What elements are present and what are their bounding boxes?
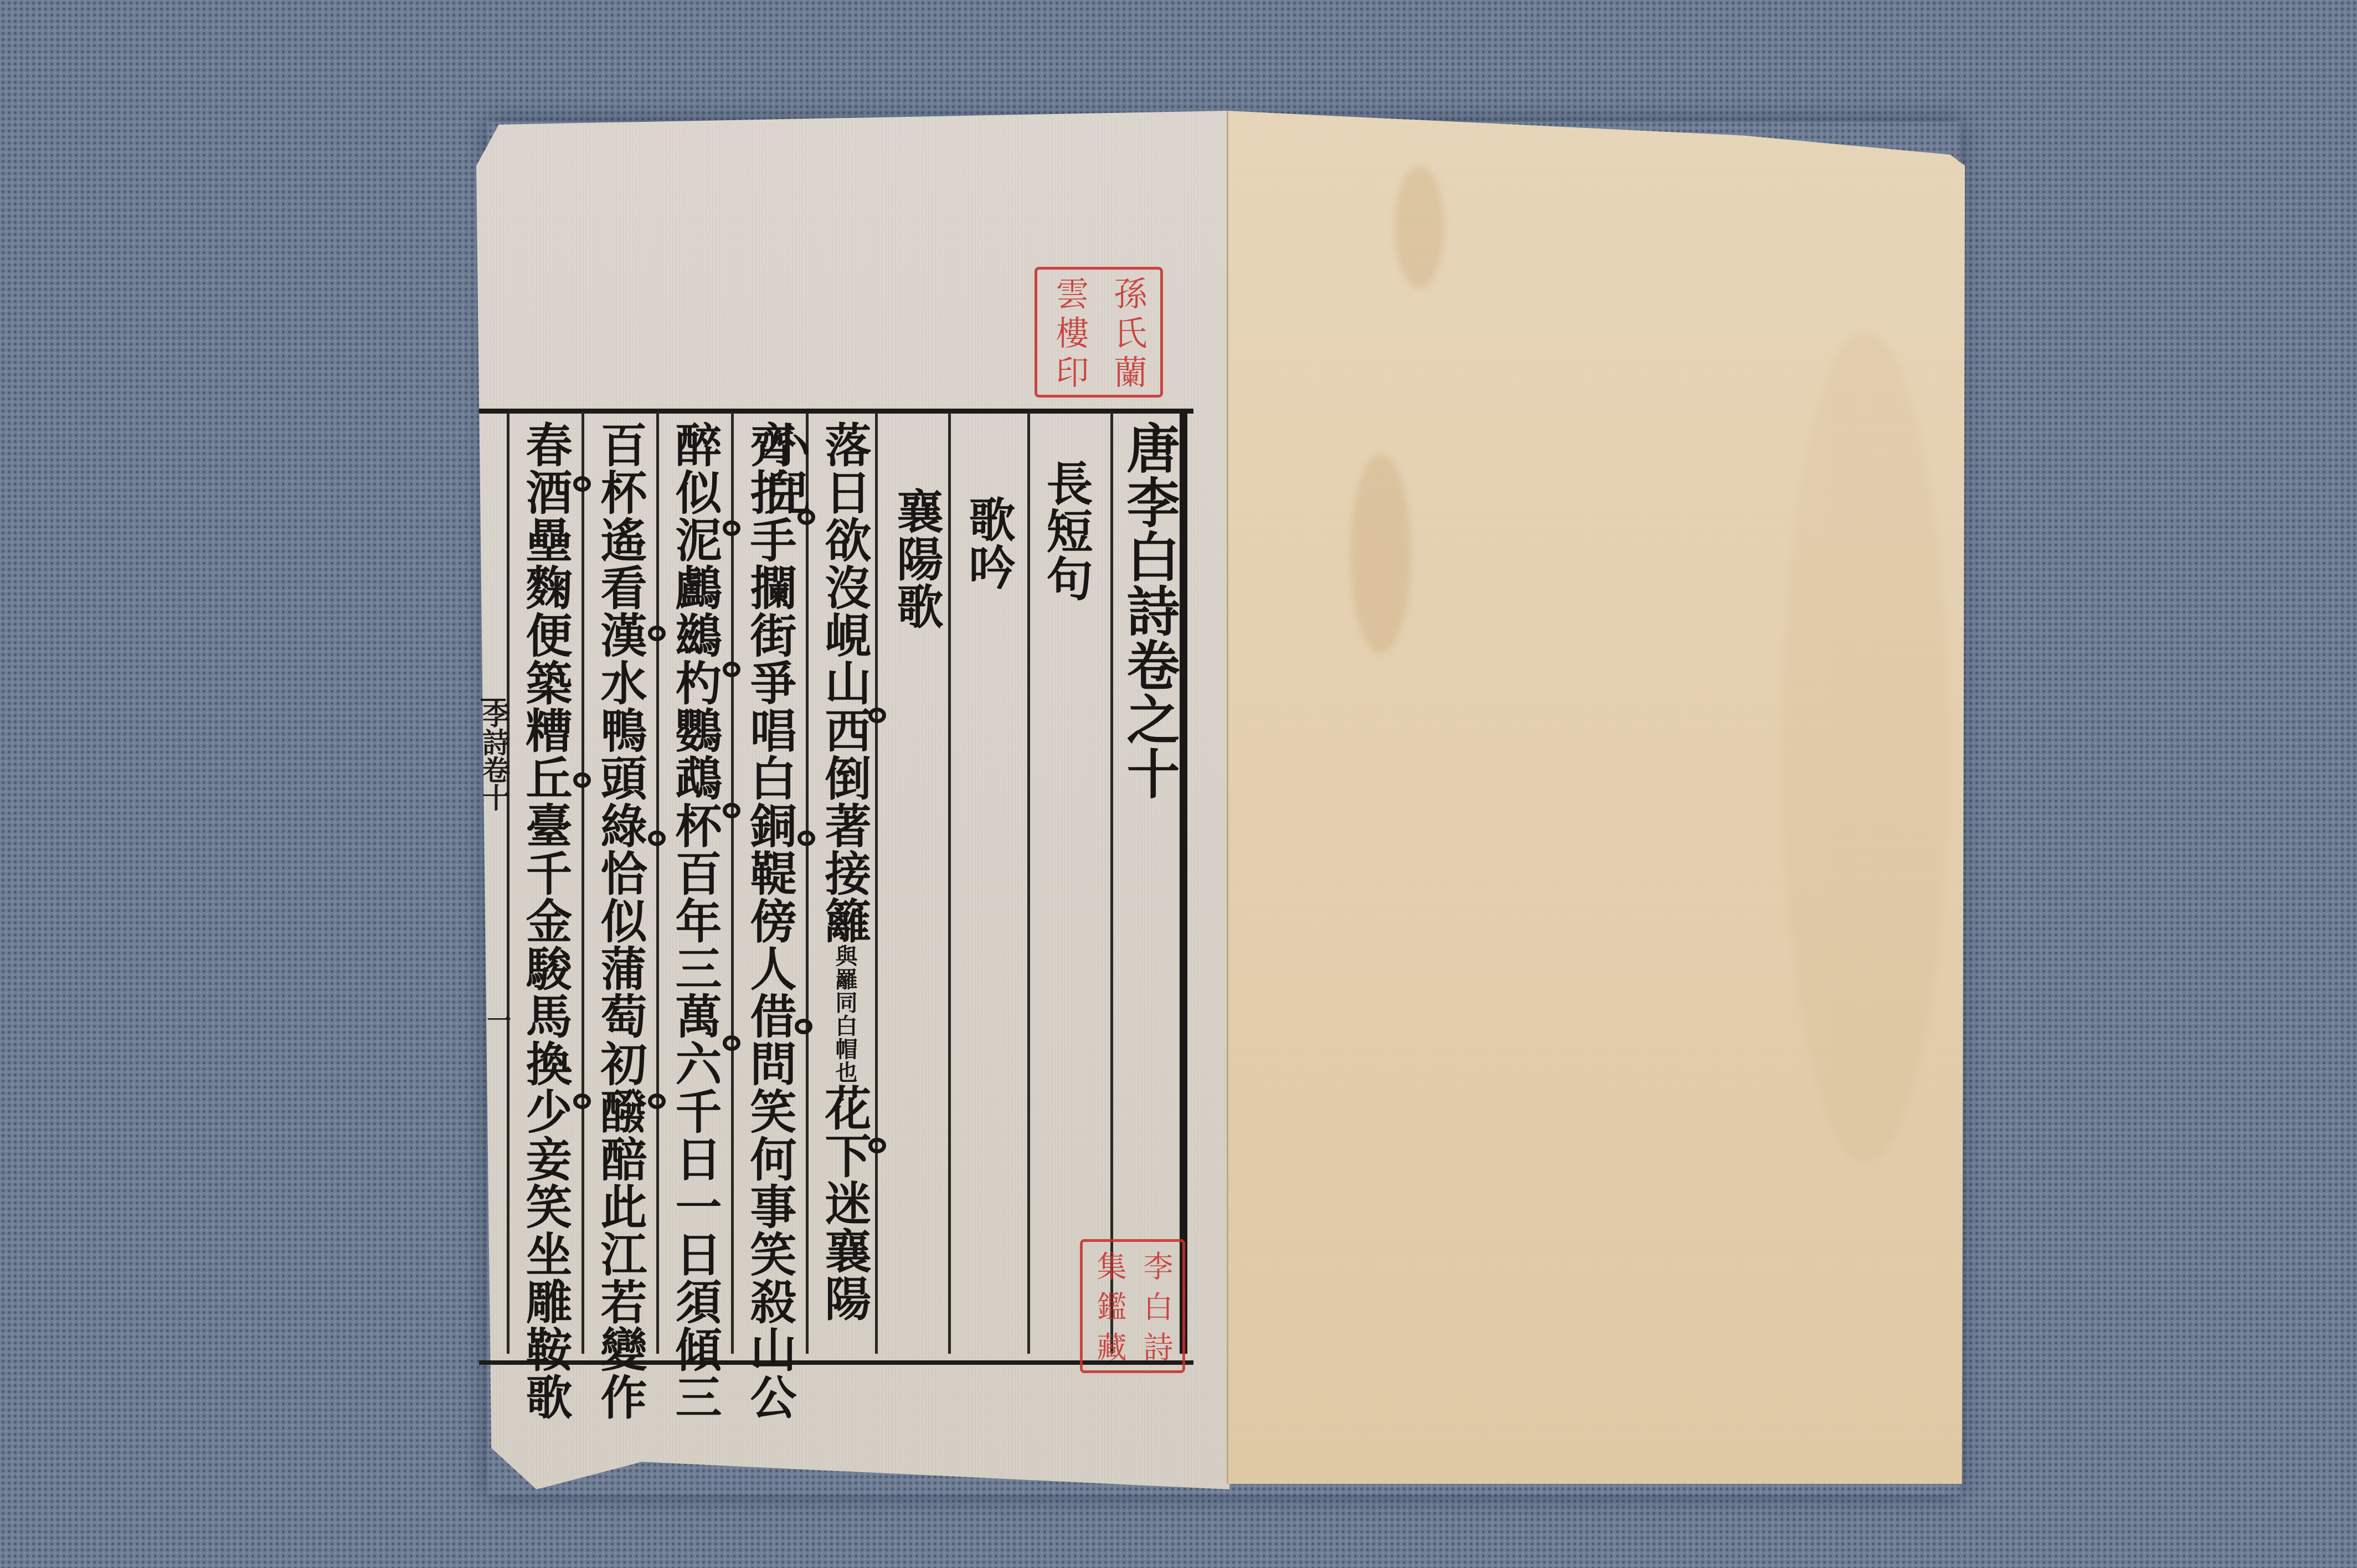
poem-column-2: 齊拍手攔街爭唱白銅鞮傍人借問笑何事笑殺山公: [739, 421, 800, 1421]
subgenre-heading: 歌吟: [958, 496, 1019, 591]
poem-text: 落日欲沒峴山西倒著接籬: [817, 421, 872, 945]
punctuation-circle: [723, 520, 740, 536]
poem-title: 襄陽歌: [886, 487, 947, 630]
seal-character: 白: [1133, 1286, 1179, 1326]
water-stain: [1350, 454, 1411, 653]
seal-character: 孫: [1099, 273, 1157, 312]
collector-seal-lower: 李 白 詩 集 鑑 藏: [1080, 1239, 1185, 1373]
poem-column-4: 百杯遙看漢水鴨頭綠恰似蒲萄初醱醅此江若變作: [590, 421, 651, 1421]
punctuation-circle: [648, 626, 666, 641]
paper-discoloration: [1782, 332, 1948, 1163]
seal-character: 印: [1041, 352, 1099, 391]
frame-right-border: [1180, 412, 1187, 1354]
punctuation-circle: [648, 831, 666, 846]
volume-title: 唐李白詩卷之十: [1119, 421, 1180, 801]
seal-character: 李: [1133, 1245, 1179, 1286]
punctuation-circle: [723, 1035, 740, 1051]
column-rule: [507, 412, 510, 1354]
punctuation-circle: [573, 476, 591, 492]
poem-column-5: 春酒壘麴便築糟丘臺千金駿馬換少妾笑坐雕鞍歌: [515, 421, 576, 1421]
water-stain: [1394, 166, 1444, 288]
seal-character: 樓: [1041, 312, 1099, 352]
punctuation-circle: [648, 1094, 666, 1109]
interlinear-note: 與䍦同白帽也: [832, 945, 858, 1084]
seal-character: 蘭: [1099, 352, 1157, 391]
poem-column-1: 落日欲沒峴山西倒著接籬與䍦同白帽也花下迷襄陽小兒: [814, 421, 875, 1351]
seal-character: 鑑: [1086, 1286, 1133, 1326]
column-rule: [1110, 412, 1113, 1354]
column-rule: [731, 412, 734, 1354]
poem-column-3: 醉似泥鸕鷀杓鸚鵡杯百年三萬六千日一日須傾三: [665, 421, 725, 1421]
genre-heading: 長短句: [1036, 460, 1097, 602]
punctuation-circle: [795, 1019, 812, 1034]
right-blank-page: [1227, 111, 1965, 1484]
column-rule: [581, 412, 584, 1354]
seal-character: 詩: [1133, 1327, 1179, 1367]
seal-character: 集: [1086, 1245, 1133, 1286]
punctuation-circle: [723, 803, 740, 818]
punctuation-circle: [797, 831, 815, 846]
punctuation-circle: [573, 772, 591, 788]
folio-number: 一: [481, 1008, 514, 1032]
seal-character: 藏: [1086, 1327, 1133, 1367]
punctuation-circle: [723, 662, 740, 677]
column-rule: [1027, 412, 1030, 1354]
punctuation-circle: [868, 1138, 886, 1153]
margin-title: 李詩卷十: [481, 700, 514, 811]
seal-character: 雲: [1041, 273, 1099, 312]
punctuation-circle: [797, 509, 815, 525]
punctuation-circle: [868, 708, 886, 723]
column-rule: [948, 412, 951, 1354]
column-rule: [806, 412, 809, 1354]
seal-character: 氏: [1099, 312, 1157, 352]
punctuation-circle: [573, 1094, 591, 1109]
collector-seal-upper: 孫 氏 蘭 雲 樓 印: [1035, 267, 1163, 398]
column-rule: [656, 412, 659, 1354]
column-rule: [875, 412, 878, 1354]
